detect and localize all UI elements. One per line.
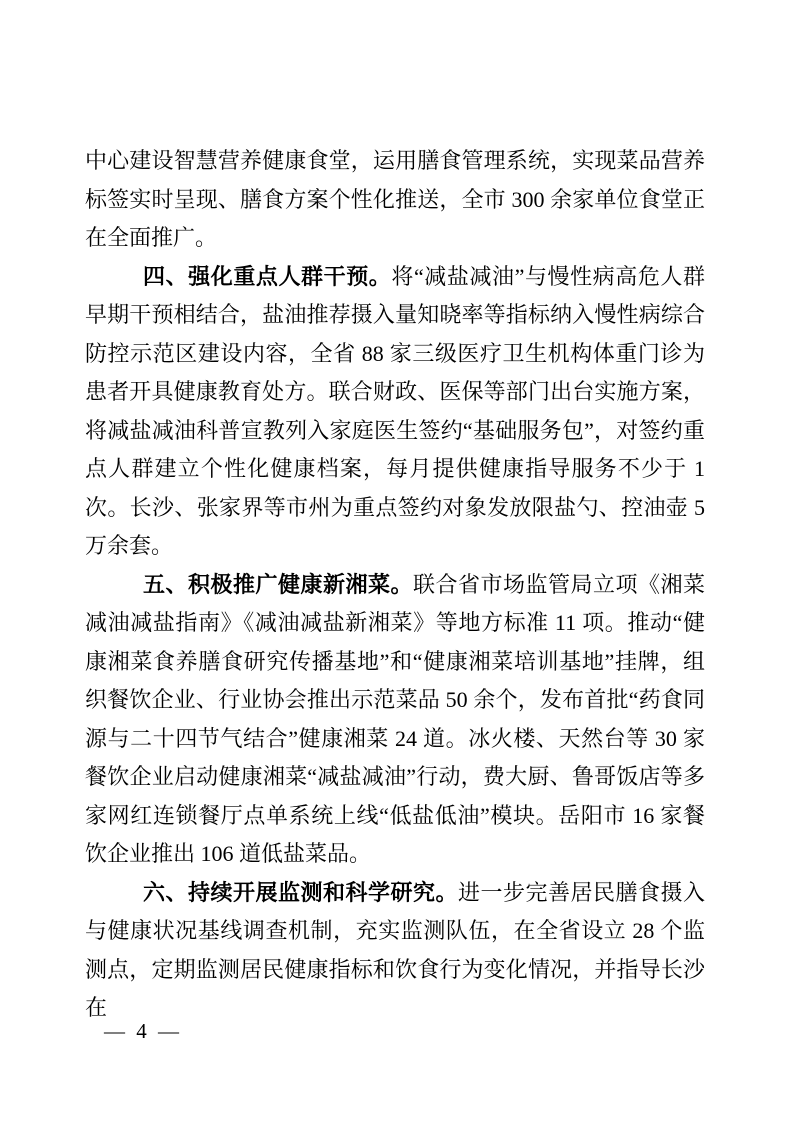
paragraph-heading: 四、强化重点人群干预。: [143, 264, 391, 289]
page-footer: — 4 —: [104, 1019, 182, 1044]
paragraph-body-text: 联合省市场监管局立项《湘菜减油减盐指南》《减油减盐新湘菜》等地方标准 11 项。…: [85, 572, 705, 867]
paragraph-heading: 五、积极推广健康新湘菜。: [143, 572, 413, 597]
document-page: 中心建设智慧营养健康食堂，运用膳食管理系统，实现菜品营养标签实时呈现、膳食方案个…: [0, 0, 794, 1123]
paragraph-section-6: 六、持续开展监测和科学研究。进一步完善居民膳食摄入与健康状况基线调查机制，充实监…: [85, 874, 705, 1028]
paragraph-heading: 六、持续开展监测和科学研究。: [143, 880, 458, 905]
paragraph-body-text: 中心建设智慧营养健康食堂，运用膳食管理系统，实现菜品营养标签实时呈现、膳食方案个…: [85, 148, 705, 250]
paragraph-body-text: 将“减盐减油”与慢性病高危人群早期干预相结合，盐油推荐摄入量知晓率等指标纳入慢性…: [85, 264, 705, 559]
page-body-text: 中心建设智慧营养健康食堂，运用膳食管理系统，实现菜品营养标签实时呈现、膳食方案个…: [85, 142, 705, 1028]
paragraph-continuation: 中心建设智慧营养健康食堂，运用膳食管理系统，实现菜品营养标签实时呈现、膳食方案个…: [85, 142, 705, 258]
paragraph-section-5: 五、积极推广健康新湘菜。联合省市场监管局立项《湘菜减油减盐指南》《减油减盐新湘菜…: [85, 566, 705, 874]
paragraph-section-4: 四、强化重点人群干预。将“减盐减油”与慢性病高危人群早期干预相结合，盐油推荐摄入…: [85, 258, 705, 566]
page-number: — 4 —: [104, 1019, 182, 1043]
